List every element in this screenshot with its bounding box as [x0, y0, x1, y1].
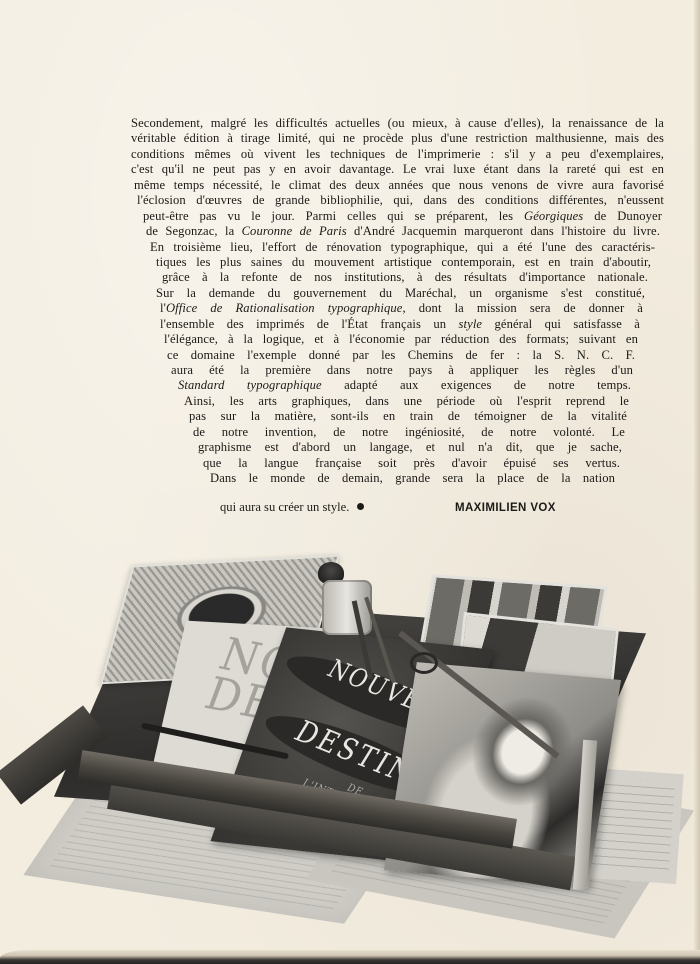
text-line: grâce à la refonte de nos institutions, …	[162, 270, 648, 285]
text-line: de notre invention, de notre ingéniosité…	[193, 425, 625, 440]
closing-sentence: qui aura su créer un style.	[220, 500, 364, 515]
text-line: peut-être pas vu le jour. Parmi celles q…	[143, 209, 662, 224]
text-line: Secondement, malgré les difficultés actu…	[131, 116, 664, 131]
page-bottom-edge	[0, 950, 700, 964]
text-line: l'Office de Rationalisation typographiqu…	[160, 301, 643, 316]
still-life-photograph: NOU DES NOUVEAUX DESTINS DE L'INTELLIGEN…	[0, 540, 700, 950]
end-bullet-icon	[357, 503, 364, 510]
text-line: tiques les plus saines du mouvement arti…	[156, 255, 651, 270]
text-line: l'élégance, à la logique, et à l'économi…	[164, 332, 638, 347]
text-line: Standard typographique adapté aux exigen…	[178, 378, 631, 393]
text-line: l'éclosion d'œuvres de grande bibliophil…	[137, 193, 664, 208]
text-line: même temps nécessité, le climat des deux…	[134, 178, 664, 193]
text-line: conditions mêmes où vivent les technique…	[131, 147, 664, 162]
text-line: graphisme est d'abord un langage, et nul…	[198, 440, 622, 455]
text-line: de Segonzac, la Couronne de Paris d'Andr…	[146, 224, 660, 239]
text-line: Dans le monde de demain, grande sera la …	[210, 471, 615, 486]
article-ending: qui aura su créer un style. MAXIMILIEN V…	[0, 500, 700, 520]
text-line: c'est qu'il ne peut pas y en avoir davan…	[131, 162, 664, 177]
text-line: Sur la demande du gouvernement du Maréch…	[156, 286, 645, 301]
glass-jar	[322, 580, 372, 635]
text-line: que la langue française soit près d'avoi…	[203, 456, 620, 471]
author-signature: MAXIMILIEN VOX	[455, 502, 556, 514]
text-line: véritable édition à tirage limité, qui n…	[131, 131, 664, 146]
text-line: En troisième lieu, l'effort de rénovatio…	[150, 240, 655, 255]
text-line: Ainsi, les arts graphiques, dans une pér…	[184, 394, 629, 409]
text-line: aura été la première dans notre pays à a…	[171, 363, 633, 378]
article-text: Secondement, malgré les difficultés actu…	[0, 116, 700, 487]
text-line: l'ensemble des imprimés de l'État frança…	[160, 317, 640, 332]
text-line: ce domaine l'exemple donné par les Chemi…	[167, 348, 635, 363]
scissors-icon	[410, 652, 438, 674]
text-line: pas sur la matière, sont-ils en train de…	[189, 409, 627, 424]
